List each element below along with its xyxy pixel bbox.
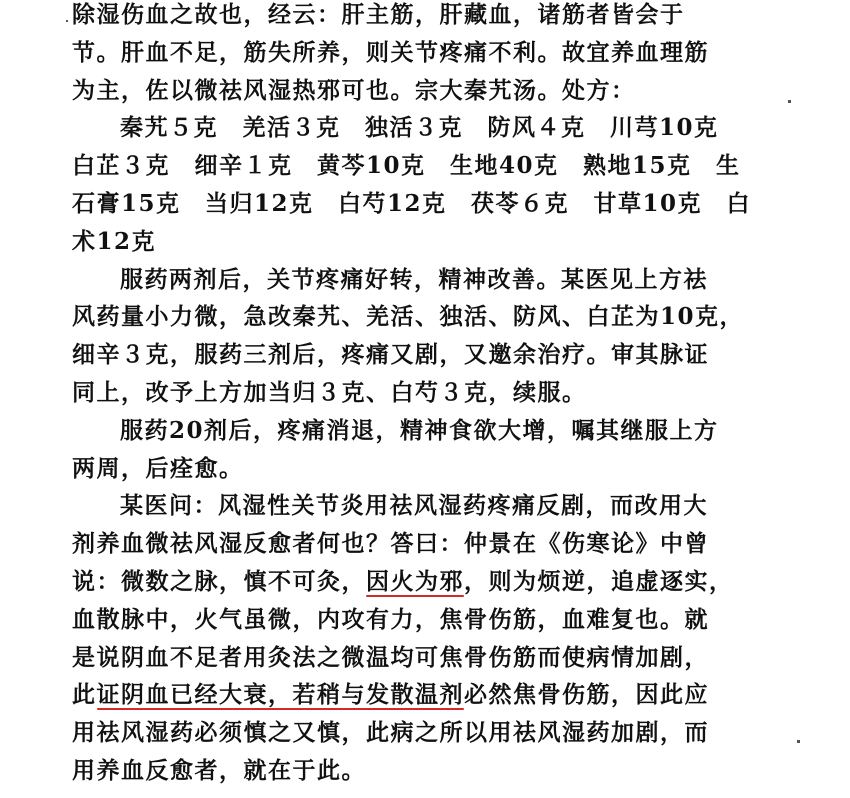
text-line-13: 两周，后痊愈。 — [72, 450, 722, 488]
text-line-14: 某医问：风湿性关节炎用祛风湿药疼痛反剧，而改用大 — [72, 487, 722, 525]
text-line-11: 同上，改予上方加当归３克、白芍３克，续服。 — [72, 374, 722, 412]
text-line-21: 用养血反愈者，就在于此。 — [72, 752, 722, 790]
text-line-17: 血散脉中，火气虽微，内攻有力，焦骨伤筋，血难复也。就 — [72, 601, 722, 639]
text-line-19: 此证阴血已经大衰，若稍与发散温剂必然焦骨伤筋，因此应 — [72, 676, 722, 714]
document-page: 除湿伤血之故也，经云：肝主筋，肝藏血，诸筋者皆会于 节。肝血不足，筋失所养，则关… — [72, 0, 722, 790]
text-line-10: 细辛３克，服药三剂后，疼痛又剧，又邀余治疗。审其脉证 — [72, 336, 722, 374]
prescription-line-3: 石膏15克 当归12克 白芍12克 茯苓６克 甘草10克 白 — [72, 185, 722, 223]
text-line-16: 说：微数之脉，慎不可灸，因火为邪，则为烦逆，追虚逐实， — [72, 563, 722, 601]
text-line-1: 除湿伤血之故也，经云：肝主筋，肝藏血，诸筋者皆会于 — [72, 0, 722, 34]
text-segment: 此 — [72, 681, 97, 708]
text-segment: ，则为烦逆，追虚逐实， — [464, 568, 734, 595]
scan-speck — [788, 100, 791, 103]
text-line-3: 为主，佐以微祛风湿热邪可也。宗大秦艽汤。处方： — [72, 72, 722, 110]
scan-speck — [797, 740, 800, 743]
text-line-18: 是说阴血不足者用灸法之微温均可焦骨伤筋而使病情加剧， — [72, 639, 722, 677]
scan-speck — [66, 20, 68, 22]
text-line-15: 剂养血微祛风湿反愈者何也？答曰：仲景在《伤寒论》中曾 — [72, 525, 722, 563]
text-line-9: 风药量小力微，急改秦艽、羌活、独活、防风、白芷为10克， — [72, 298, 722, 336]
text-line-8: 服药两剂后，关节疼痛好转，精神改善。某医见上方祛 — [72, 261, 722, 299]
text-segment: 说：微数之脉，慎不可灸， — [72, 568, 366, 595]
prescription-line-4: 术12克 — [72, 223, 722, 261]
red-underline-annotation: 因火为邪 — [366, 563, 464, 601]
text-line-20: 用祛风湿药必须慎之又慎，此病之所以用祛风湿药加剧，而 — [72, 714, 722, 752]
red-underline-annotation: 证阴血已经大衰，若稍与发散温剂 — [97, 676, 465, 714]
text-line-2: 节。肝血不足，筋失所养，则关节疼痛不利。故宜养血理筋 — [72, 34, 722, 72]
prescription-line-1: 秦艽５克 羌活３克 独活３克 防风４克 川芎10克 — [72, 109, 722, 147]
text-line-12: 服药20剂后，疼痛消退，精神食欲大增，嘱其继服上方 — [72, 412, 722, 450]
prescription-line-2: 白芷３克 细辛１克 黄芩10克 生地40克 熟地15克 生 — [72, 147, 722, 185]
text-segment: 必然焦骨伤筋，因此应 — [464, 681, 709, 708]
